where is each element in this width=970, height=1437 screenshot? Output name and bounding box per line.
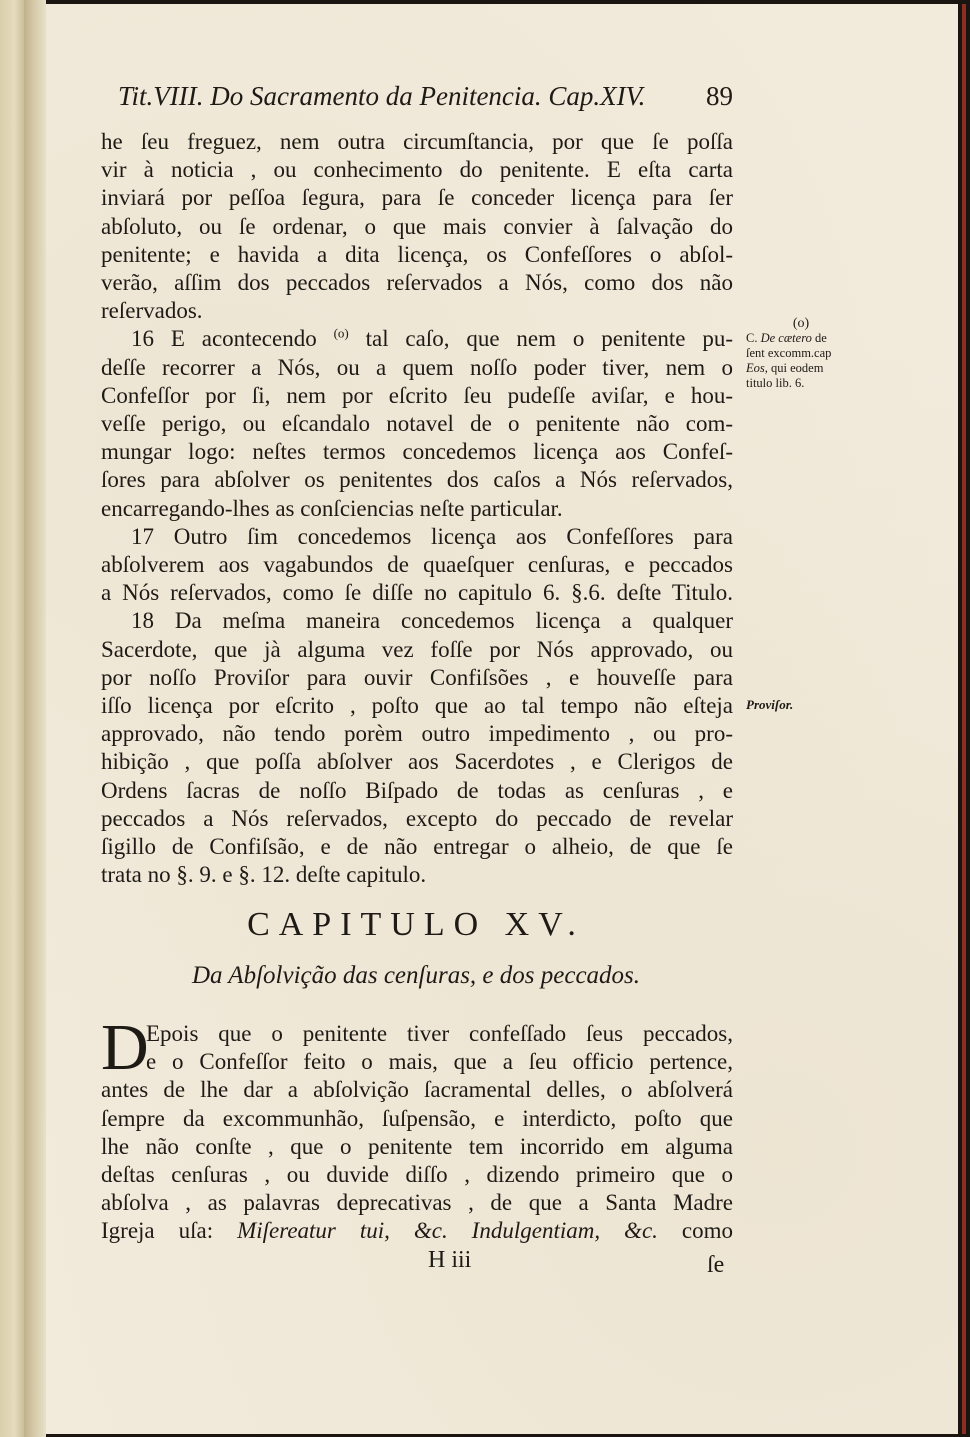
text-line: ſigillo de Confiſsão, e de não entregar … — [101, 833, 733, 861]
text-fragment: titulo lib. 6. — [746, 376, 804, 390]
text-line: abſolva , as palavras deprecativas , de … — [101, 1189, 733, 1217]
text-fragment: Igreja uſa: — [101, 1218, 213, 1243]
text-fragment: , qui eodem — [765, 361, 824, 375]
text-line: trata no §. 9. e §. 12. deſte capitulo. — [101, 861, 733, 889]
text-line: e o Confeſſor feito o mais, que a ſeu of… — [101, 1048, 733, 1076]
text-fragment: Eos — [746, 361, 765, 375]
text-line: vir à noticia , ou conhecimento do penit… — [101, 156, 733, 184]
text-line: ſempre da excommunhão, ſuſpensão, e inte… — [101, 1105, 733, 1133]
text-fragment: De cætero — [761, 331, 812, 345]
text-line: peccados a Nós reſervados, excepto do pe… — [101, 805, 733, 833]
text-line: iſſo licença por eſcrito , poſto que ao … — [101, 692, 733, 720]
body-text: he ſeu freguez, nem outra circumſtancia,… — [101, 128, 733, 889]
text-fragment: tal caſo, que nem o penitente pu- — [366, 326, 733, 351]
catchword: ſe — [707, 1252, 724, 1279]
text-line: Sacerdote, que jà alguma vez foſſe por N… — [101, 636, 733, 664]
running-head: Tit.VIII. Do Sacramento da Penitencia. C… — [118, 78, 738, 114]
text-line: abſoluto, ou ſe ordenar, o que mais conv… — [101, 213, 733, 241]
paragraph-number: 18 — [131, 608, 154, 633]
text-fragment: C. — [746, 331, 757, 345]
text-line: mungar logo: neſtes termos concedemos li… — [101, 438, 733, 466]
text-fragment: ſent excomm.cap — [746, 346, 831, 360]
page-red-edge — [962, 4, 966, 1434]
text-line: por noſſo Proviſor para ouvir Confiſsões… — [101, 664, 733, 692]
margin-note-marker: (o) — [746, 316, 856, 331]
signature-mark: H iii — [428, 1247, 471, 1274]
text-line: antes de lhe dar a abſolvição ſacramenta… — [101, 1076, 733, 1104]
text-line: reſervados. — [101, 297, 733, 325]
paragraph-18-first-line: 18 Da meſma maneira concedemos licença a… — [101, 607, 733, 635]
text-line: lhe não conſte , que o penitente tem inc… — [101, 1133, 733, 1161]
text-line: Igreja uſa: Miſereatur tui, &c. Indulgen… — [101, 1217, 733, 1245]
margin-note-provisor: Proviſor. — [746, 697, 793, 713]
text-line: approvado, não tendo porèm outro impedim… — [101, 720, 733, 748]
text-line: deſſe recorrer a Nós, ou a quem noſſo po… — [101, 354, 733, 382]
text-line: Epois que o penitente tiver confeſſado ſ… — [101, 1020, 733, 1048]
paragraph-number: 17 — [131, 524, 154, 549]
text-line: deſtas cenſuras , ou duvide diſſo , dize… — [101, 1161, 733, 1189]
chapter-subtitle: Da Abſolvição das cenſuras, e dos peccad… — [100, 960, 732, 992]
text-fragment: Outro ſim concedemos licença aos Confeſſ… — [174, 524, 733, 549]
book-gutter — [24, 0, 46, 1437]
latin-phrase: Miſereatur tui, &c. Indulgentiam, &c. — [237, 1218, 658, 1243]
text-line: Confeſſor por ſi, nem por eſcrito ſeu pu… — [101, 382, 733, 410]
text-fragment: de — [815, 331, 827, 345]
text-line: penitente; e havida a dita licença, os C… — [101, 241, 733, 269]
previous-page-edge — [0, 0, 24, 1437]
text-fragment: Da meſma maneira concedemos licença a qu… — [175, 608, 733, 633]
text-line: hibição , que poſſa abſolver aos Sacerdo… — [101, 748, 733, 776]
page-number: 89 — [706, 78, 733, 114]
text-line: inviará por peſſoa ſegura, para ſe conce… — [101, 184, 733, 212]
paragraph-number: 16 — [131, 326, 154, 351]
text-line: he ſeu freguez, nem outra circumſtancia,… — [101, 128, 733, 156]
text-line: ſores para abſolver os penitentes dos ca… — [101, 466, 733, 494]
footnote-ref-o[interactable]: (o) — [334, 326, 349, 341]
text-line: abſolverem aos vagabundos de quaeſquer c… — [101, 551, 733, 579]
text-line: encarregando-lhes as conſciencias neſte … — [101, 495, 733, 523]
text-line: verão, aſſim dos peccados reſervados a N… — [101, 269, 733, 297]
text-fragment: como — [682, 1218, 733, 1243]
chapter-heading: CAPITULO XV. — [100, 904, 732, 946]
paragraph-17-first-line: 17 Outro ſim concedemos licença aos Conf… — [101, 523, 733, 551]
margin-note-o: (o) C. De cætero de ſent excomm.cap Eos,… — [746, 316, 856, 391]
text-line: Ordens ſacras de noſſo Biſpado de todas … — [101, 777, 733, 805]
paragraph-16-first-line: 16 E acontecendo (o) tal caſo, que nem o… — [101, 325, 733, 353]
text-fragment: E acontecendo — [171, 326, 317, 351]
text-line: a Nós reſervados, como ſe diſſe no capit… — [101, 579, 733, 607]
text-line: veſſe perigo, ou eſcandalo notavel de o … — [101, 410, 733, 438]
chapter-body-text: Epois que o penitente tiver confeſſado ſ… — [101, 1020, 733, 1246]
running-head-title: Tit.VIII. Do Sacramento da Penitencia. C… — [118, 78, 645, 114]
